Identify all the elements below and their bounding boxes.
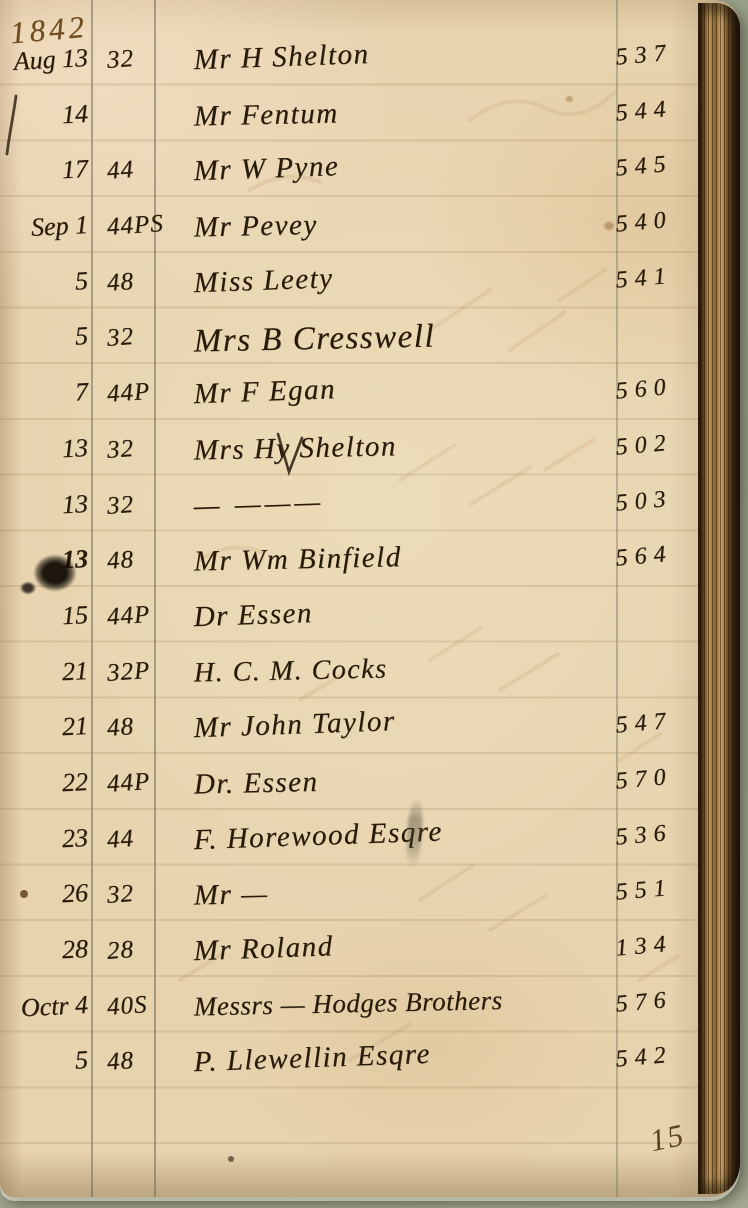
- name-cell: Mr Pevey: [169, 200, 612, 248]
- page-number: 15: [647, 1117, 689, 1159]
- date-cell: 17: [0, 151, 98, 191]
- table-row: 5 48 P. Llewellin Esqre 542: [0, 1044, 702, 1100]
- size-cell: 32P: [96, 652, 171, 691]
- name-cell: Mrs B Cresswell: [169, 311, 612, 365]
- book-fore-edge: [698, 3, 740, 1194]
- size-cell: 32: [96, 318, 171, 357]
- paper-stain: [604, 222, 614, 230]
- value-cell: 134: [610, 925, 702, 965]
- value-cell: 576: [610, 981, 702, 1021]
- date-cell: 21: [0, 708, 98, 748]
- date-cell: 7: [0, 374, 98, 414]
- name-cell: Dr. Essen: [169, 757, 612, 805]
- size-cell: 48: [96, 708, 171, 747]
- value-cell: 544: [610, 90, 702, 130]
- size-cell: 48: [96, 1042, 171, 1081]
- date-cell: Aug 13: [0, 39, 98, 79]
- date-cell: 23: [0, 819, 98, 859]
- value-cell: 570: [610, 758, 702, 798]
- value-cell: 551: [610, 870, 702, 910]
- value-cell: 542: [610, 1037, 702, 1077]
- value-cell: 536: [610, 814, 702, 854]
- scanned-book-photo: 1842 Aug 13 32 Mr H Shelton 537 14 Mr Fe…: [0, 0, 748, 1208]
- date-cell: 26: [0, 875, 98, 915]
- size-cell: 44P: [96, 374, 171, 413]
- size-cell: 44P: [96, 596, 171, 635]
- size-cell: 28: [96, 930, 171, 969]
- value-cell: 560: [610, 368, 702, 408]
- size-cell: 32: [96, 485, 171, 524]
- name-cell: Mr H Shelton: [169, 27, 612, 82]
- size-cell: 44PS: [96, 207, 171, 246]
- size-cell: 32: [96, 39, 171, 78]
- date-cell: 22: [0, 763, 98, 803]
- ledger-page: 1842 Aug 13 32 Mr H Shelton 537 14 Mr Fe…: [0, 0, 740, 1197]
- date-cell: 15: [0, 596, 98, 636]
- value-cell: 541: [610, 257, 702, 297]
- value-cell: 564: [610, 535, 702, 575]
- value-cell: 540: [610, 201, 702, 241]
- date-cell: 5: [0, 318, 98, 358]
- ledger-table: Aug 13 32 Mr H Shelton 537 14 Mr Fentum …: [0, 42, 702, 1100]
- paper-stain: [228, 1156, 234, 1162]
- size-cell: 32: [96, 429, 171, 468]
- date-cell: 14: [0, 95, 98, 135]
- name-cell: Mrs Hy Shelton: [169, 423, 612, 471]
- date-cell: Octr 4: [0, 986, 98, 1026]
- date-cell: Sep 1: [0, 207, 98, 247]
- size-cell: 44: [96, 819, 171, 858]
- value-cell: 545: [610, 146, 702, 186]
- size-cell: 44P: [96, 763, 171, 802]
- size-cell: 48: [96, 262, 171, 301]
- name-cell: Mr Wm Binfield: [169, 534, 612, 582]
- size-cell: 32: [96, 875, 171, 914]
- name-cell: Mr Fentum: [169, 88, 612, 136]
- date-cell: 13: [0, 485, 98, 525]
- paper-stain: [20, 890, 28, 898]
- value-cell: 502: [610, 424, 702, 464]
- value-cell: 547: [610, 702, 702, 742]
- date-cell: 5: [0, 262, 98, 302]
- date-cell: 5: [0, 1042, 98, 1082]
- date-cell: 21: [0, 652, 98, 692]
- date-cell: 13: [0, 429, 98, 469]
- size-cell: 48: [96, 541, 171, 580]
- name-cell: Mr —: [169, 868, 612, 916]
- size-cell: 40S: [96, 986, 171, 1025]
- size-cell: 44: [96, 151, 171, 190]
- date-cell: 28: [0, 930, 98, 970]
- value-cell: 537: [610, 34, 702, 74]
- paper-stain: [566, 96, 573, 102]
